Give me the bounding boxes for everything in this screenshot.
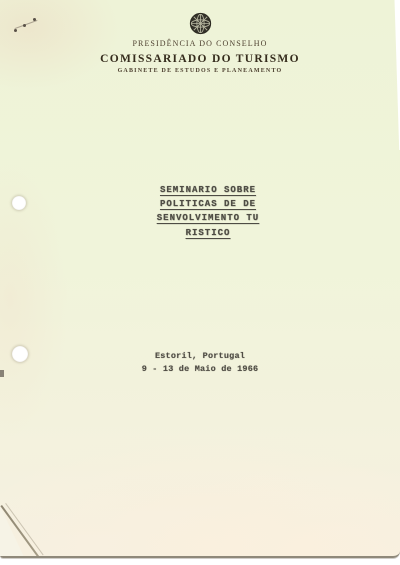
seminar-title-line-4: RISTICO xyxy=(0,226,400,240)
edge-speck xyxy=(0,370,4,377)
seminar-title-line-1: SEMINARIO SOBRE xyxy=(0,183,400,197)
presidencia-line: PRESIDÊNCIA DO CONSELHO xyxy=(0,39,400,48)
seminar-title: SEMINARIO SOBRE POLITICAS DE DE SENVOLVI… xyxy=(0,183,400,240)
gabinete-line: GABINETE DE ESTUDOS E PLANEAMENTO xyxy=(0,68,400,74)
letterhead: PRESIDÊNCIA DO CONSELHO COMISSARIADO DO … xyxy=(0,12,400,74)
armillary-sphere-seal-icon xyxy=(189,12,212,35)
corner-fold xyxy=(0,503,44,556)
scanned-document: PRESIDÊNCIA DO CONSELHO COMISSARIADO DO … xyxy=(0,0,400,565)
event-info: Estoril, Portugal 9 - 13 de Maio de 1966 xyxy=(0,350,400,376)
event-date: 9 - 13 de Maio de 1966 xyxy=(0,363,400,376)
comissariado-title: COMISSARIADO DO TURISMO xyxy=(0,53,400,65)
seminar-title-line-2: POLITICAS DE DE xyxy=(0,197,400,211)
event-location: Estoril, Portugal xyxy=(0,350,400,363)
paper-sheet xyxy=(0,0,400,558)
seminar-title-line-3: SENVOLVIMENTO TU xyxy=(0,211,400,225)
